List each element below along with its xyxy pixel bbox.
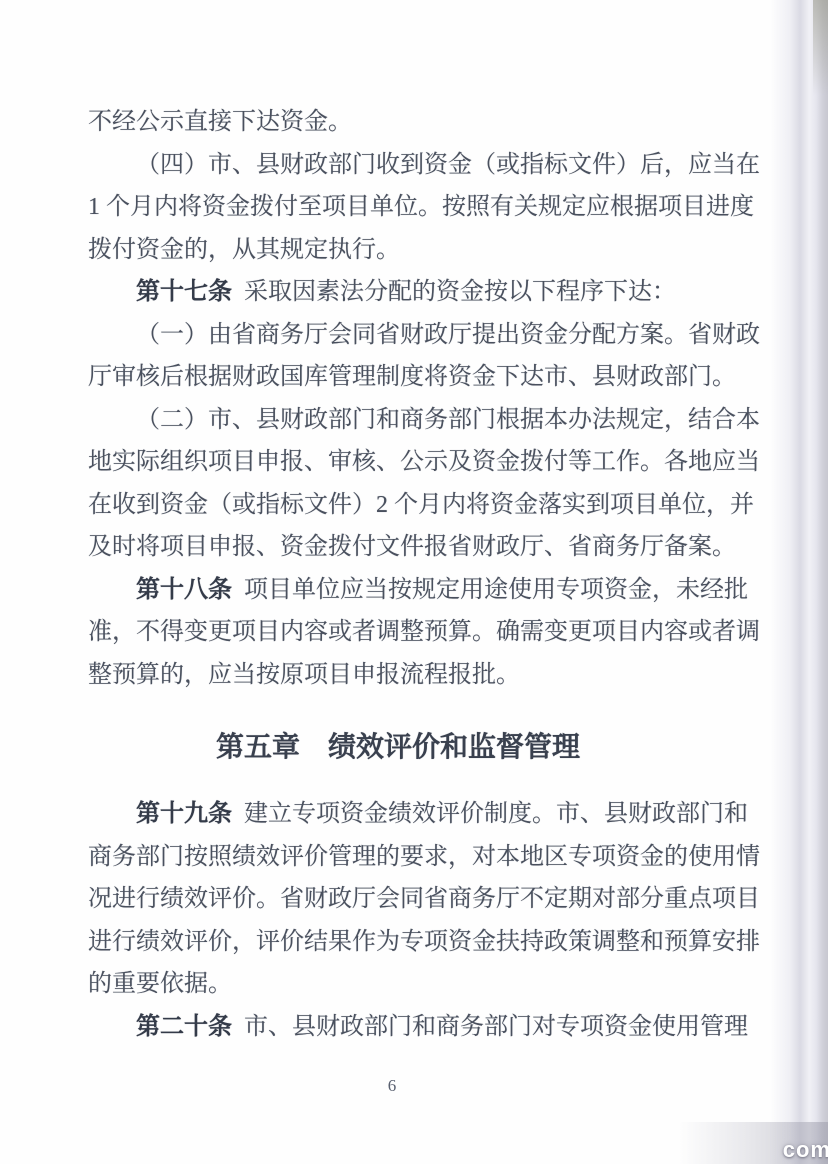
text-line: 第二十条市、县财政部门和商务部门对专项资金使用管理 xyxy=(88,1006,748,1049)
line-text: 及时将项目申报、资金拨付文件报省财政厅、省商务厅备案。 xyxy=(88,534,736,560)
text-line: 拨付资金的，从其规定执行。 xyxy=(88,229,748,272)
text-line: 不经公示直接下达资金。 xyxy=(88,101,748,144)
text-line: 在收到资金（或指标文件）2 个月内将资金落实到项目单位，并 xyxy=(88,484,748,527)
line-text: （二）市、县财政部门和商务部门根据本办法规定，结合本 xyxy=(136,407,760,433)
text-line: 第十七条采取因素法分配的资金按以下程序下达： xyxy=(88,271,748,314)
text-line: 及时将项目申报、资金拨付文件报省财政厅、省商务厅备案。 xyxy=(88,526,748,569)
line-text: 商务部门按照绩效评价管理的要求，对本地区专项资金的使用情 xyxy=(88,844,760,870)
line-text: 1 个月内将资金拨付至项目单位。按照有关规定应根据项目进度 xyxy=(88,194,754,220)
line-text: 项目单位应当按规定用途使用专项资金，未经批 xyxy=(244,577,748,603)
line-text: （一）由省商务厅会同省财政厅提出资金分配方案。省财政 xyxy=(136,322,760,348)
article-number: 第十七条 xyxy=(136,279,232,305)
line-text: 拨付资金的，从其规定执行。 xyxy=(88,237,400,263)
text-line: 况进行绩效评价。省财政厅会同省商务厅不定期对部分重点项目 xyxy=(88,878,748,921)
text-line: 第十八条项目单位应当按规定用途使用专项资金，未经批 xyxy=(88,569,748,612)
line-text: 建立专项资金绩效评价制度。市、县财政部门和 xyxy=(244,801,748,827)
line-text: 的重要依据。 xyxy=(88,971,232,997)
text-line: 1 个月内将资金拨付至项目单位。按照有关规定应根据项目进度 xyxy=(88,186,748,229)
chapter-heading: 第五章 绩效评价和监督管理 xyxy=(88,725,708,771)
text-line: 准，不得变更项目内容或者调整预算。确需变更项目内容或者调 xyxy=(88,611,748,654)
line-text: 地实际组织项目申报、审核、公示及资金拨付等工作。各地应当 xyxy=(88,449,760,475)
text-line: （二）市、县财政部门和商务部门根据本办法规定，结合本 xyxy=(88,399,748,442)
document-body: 不经公示直接下达资金。 （四）市、县财政部门收到资金（或指标文件）后，应当在 1… xyxy=(88,101,748,1048)
scanned-page: 不经公示直接下达资金。 （四）市、县财政部门收到资金（或指标文件）后，应当在 1… xyxy=(0,0,828,1164)
scan-edge-shadow xyxy=(770,0,828,1164)
line-text: 进行绩效评价，评价结果作为专项资金扶持政策调整和预算安排 xyxy=(88,929,760,955)
text-line: 厅审核后根据财政国库管理制度将资金下达市、县财政部门。 xyxy=(88,356,748,399)
line-text: 采取因素法分配的资金按以下程序下达： xyxy=(244,279,676,305)
article-number: 第十八条 xyxy=(136,577,232,603)
text-line: 整预算的，应当按原项目申报流程报批。 xyxy=(88,654,748,697)
page-number: 6 xyxy=(0,1076,806,1096)
article-number: 第二十条 xyxy=(136,1014,232,1040)
line-text: 市、县财政部门和商务部门对专项资金使用管理 xyxy=(244,1014,748,1040)
text-line: 地实际组织项目申报、审核、公示及资金拨付等工作。各地应当 xyxy=(88,441,748,484)
text-line: 进行绩效评价，评价结果作为专项资金扶持政策调整和预算安排 xyxy=(88,921,748,964)
line-text: 整预算的，应当按原项目申报流程报批。 xyxy=(88,662,520,688)
line-text: 厅审核后根据财政国库管理制度将资金下达市、县财政部门。 xyxy=(88,364,736,390)
line-text: 况进行绩效评价。省财政厅会同省商务厅不定期对部分重点项目 xyxy=(88,886,760,912)
line-text: 准，不得变更项目内容或者调整预算。确需变更项目内容或者调 xyxy=(88,619,760,645)
text-line: 商务部门按照绩效评价管理的要求，对本地区专项资金的使用情 xyxy=(88,836,748,879)
watermark: com xyxy=(783,1137,828,1163)
scan-corner-top-shadow xyxy=(813,0,828,95)
text-line: 第十九条建立专项资金绩效评价制度。市、县财政部门和 xyxy=(88,793,748,836)
article-number: 第十九条 xyxy=(136,801,232,827)
line-text: 不经公示直接下达资金。 xyxy=(88,109,352,135)
line-text: 在收到资金（或指标文件）2 个月内将资金落实到项目单位，并 xyxy=(88,492,754,518)
text-line: 的重要依据。 xyxy=(88,963,748,1006)
text-line: （一）由省商务厅会同省财政厅提出资金分配方案。省财政 xyxy=(88,314,748,357)
text-line: （四）市、县财政部门收到资金（或指标文件）后，应当在 xyxy=(88,144,748,187)
line-text: （四）市、县财政部门收到资金（或指标文件）后，应当在 xyxy=(136,152,760,178)
